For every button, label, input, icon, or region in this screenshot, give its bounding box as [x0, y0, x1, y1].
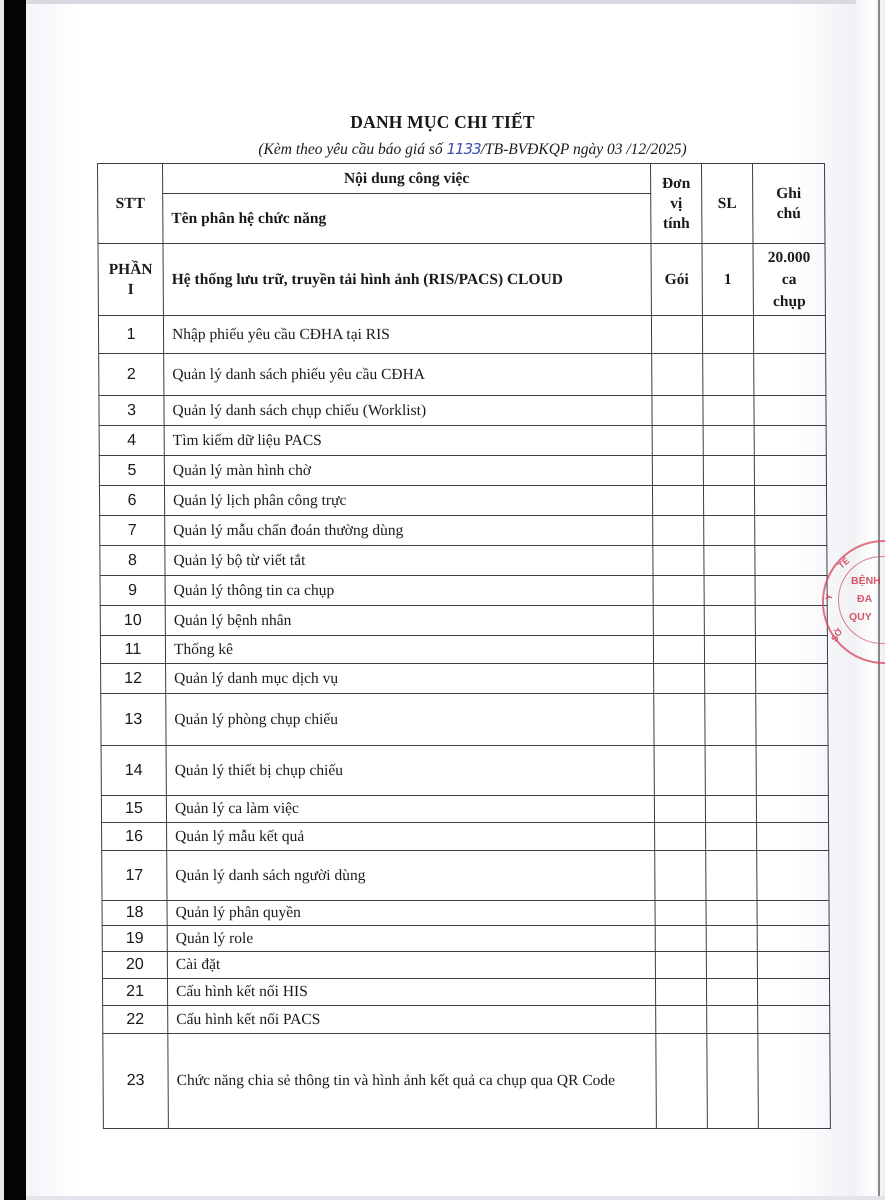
row-stt: 1: [98, 316, 163, 354]
row-unit: [656, 1006, 707, 1034]
row-unit: [655, 979, 706, 1006]
table-row: 10Quản lý bệnh nhân: [100, 606, 827, 636]
row-quantity: [704, 516, 755, 546]
header-note-text: Ghichú: [776, 185, 801, 222]
section-note-text: 20.000cachụp: [768, 249, 811, 310]
row-note: [753, 316, 825, 354]
table-row: 5Quản lý màn hình chờ: [99, 456, 826, 486]
document-subtitle: (Kèm theo yêu cầu báo giá số 1133/TB-BVĐ…: [0, 140, 885, 159]
scan-bottom-shade: [26, 1196, 885, 1200]
row-stt: 14: [101, 746, 166, 796]
section-stt: PHẦNI: [98, 244, 163, 316]
row-note: [755, 516, 827, 546]
row-unit: [652, 426, 703, 456]
row-function-name: Quản lý danh sách phiếu yêu cầu CĐHA: [164, 354, 652, 396]
table-row: 9Quản lý thông tin ca chụp: [100, 576, 827, 606]
row-unit: [654, 664, 705, 694]
row-note: [755, 546, 827, 576]
row-stt: 8: [100, 546, 165, 576]
header-stt: STT: [98, 164, 163, 244]
header-unit-text: Đơnvịtính: [662, 175, 691, 232]
row-stt: 7: [100, 516, 165, 546]
row-unit: [654, 746, 705, 796]
row-note: [757, 952, 829, 979]
row-stt: 20: [102, 952, 167, 979]
row-function-name: Quản lý phòng chụp chiếu: [166, 694, 654, 746]
section-row: PHẦNI Hệ thống lưu trữ, truyền tải hình …: [98, 244, 825, 316]
row-unit: [655, 901, 706, 926]
row-unit: [653, 576, 704, 606]
row-stt: 13: [101, 694, 166, 746]
row-note: [754, 354, 826, 396]
row-note: [754, 456, 826, 486]
scan-top-shade: [26, 0, 885, 4]
row-function-name: Quản lý thông tin ca chụp: [165, 576, 653, 606]
detail-table: STT Nội dung công việc Đơnvịtính SL Ghic…: [97, 163, 831, 1129]
table-row: 17Quản lý danh sách người dùng: [102, 851, 829, 901]
row-unit: [653, 546, 704, 576]
row-note: [758, 1034, 831, 1129]
row-function-name: Quản lý phân quyền: [167, 901, 655, 926]
stamp-line-1: BỆNH: [851, 575, 881, 587]
table-row: 4Tìm kiếm dữ liệu PACS: [99, 426, 826, 456]
stamp-line-2: ĐA: [857, 593, 872, 605]
row-unit: [654, 796, 705, 823]
table-row: 21Cấu hình kết nối HIS: [102, 979, 829, 1006]
row-function-name: Quản lý thiết bị chụp chiếu: [166, 746, 654, 796]
table-row: 7Quản lý mẫu chẩn đoán thường dùng: [100, 516, 827, 546]
subtitle-prefix: (Kèm theo yêu cầu báo giá số: [258, 141, 446, 158]
header-note: Ghichú: [753, 164, 825, 244]
row-quantity: [702, 316, 753, 354]
row-note: [758, 1006, 830, 1034]
row-function-name: Chức năng chia sẻ thông tin và hình ảnh …: [168, 1034, 657, 1129]
row-quantity: [704, 636, 755, 664]
row-stt: 19: [102, 926, 167, 952]
table-row: 23Chức năng chia sẻ thông tin và hình ản…: [103, 1034, 831, 1129]
header-quantity: SL: [702, 164, 753, 244]
row-function-name: Quản lý màn hình chờ: [164, 456, 652, 486]
table-row: 20Cài đặt: [102, 952, 829, 979]
section-quantity: 1: [702, 244, 753, 316]
row-stt: 5: [99, 456, 164, 486]
row-note: [757, 823, 829, 851]
row-note: [756, 694, 828, 746]
row-unit: [654, 694, 705, 746]
row-unit: [651, 316, 702, 354]
row-function-name: Quản lý danh sách chụp chiếu (Worklist): [164, 396, 652, 426]
row-function-name: Cấu hình kết nối PACS: [168, 1006, 656, 1034]
row-quantity: [703, 396, 754, 426]
row-function-name: Cấu hình kết nối HIS: [167, 979, 655, 1006]
row-note: [756, 796, 828, 823]
row-stt: 18: [102, 901, 167, 926]
row-stt: 11: [100, 636, 165, 664]
row-stt: 15: [101, 796, 166, 823]
table-row: 1Nhập phiếu yêu cầu CĐHA tại RIS: [98, 316, 825, 354]
header-unit: Đơnvịtính: [651, 164, 702, 244]
row-stt: 9: [100, 576, 165, 606]
table-row: 15Quản lý ca làm việc: [101, 796, 828, 823]
row-note: [756, 746, 828, 796]
row-stt: 23: [103, 1034, 169, 1129]
row-quantity: [706, 952, 757, 979]
row-quantity: [706, 979, 757, 1006]
row-quantity: [705, 796, 756, 823]
row-note: [754, 486, 826, 516]
table-row: 19Quản lý role: [102, 926, 829, 952]
row-stt: 22: [103, 1006, 168, 1034]
row-note: [757, 979, 829, 1006]
row-stt: 16: [102, 823, 167, 851]
row-function-name: Tìm kiếm dữ liệu PACS: [164, 426, 652, 456]
row-note: [754, 396, 826, 426]
row-quantity: [706, 851, 757, 901]
row-stt: 10: [100, 606, 165, 636]
row-quantity: [705, 746, 756, 796]
row-unit: [655, 926, 706, 952]
row-unit: [653, 516, 704, 546]
row-unit: [653, 606, 704, 636]
row-stt: 2: [99, 354, 164, 396]
row-quantity: [703, 426, 754, 456]
table-row: 6Quản lý lịch phân công trực: [99, 486, 826, 516]
row-function-name: Cài đặt: [167, 952, 655, 979]
row-quantity: [707, 1034, 759, 1129]
row-quantity: [704, 606, 755, 636]
table-row: 14Quản lý thiết bị chụp chiếu: [101, 746, 828, 796]
row-function-name: Quản lý ca làm việc: [166, 796, 654, 823]
row-note: [755, 576, 827, 606]
table-row: 16Quản lý mẫu kết quả: [102, 823, 829, 851]
stamp-line-3: QUY: [849, 611, 872, 623]
row-stt: 21: [102, 979, 167, 1006]
row-quantity: [707, 1006, 758, 1034]
row-unit: [655, 823, 706, 851]
row-unit: [652, 456, 703, 486]
handwritten-number: 1133: [447, 140, 481, 158]
row-unit: [652, 396, 703, 426]
row-note: [754, 426, 826, 456]
table-row: 2Quản lý danh sách phiếu yêu cầu CĐHA: [99, 354, 826, 396]
section-stt-text: PHẦNI: [109, 261, 153, 298]
row-quantity: [704, 576, 755, 606]
row-unit: [655, 952, 706, 979]
row-quantity: [703, 456, 754, 486]
row-function-name: Quản lý bộ từ viết tắt: [165, 546, 653, 576]
section-unit: Gói: [651, 244, 702, 316]
table-row: 11Thống kê: [100, 636, 827, 664]
section-name: Hệ thống lưu trữ, truyền tải hình ảnh (R…: [163, 244, 651, 316]
header-content-group: Nội dung công việc: [163, 164, 651, 194]
row-function-name: Thống kê: [165, 636, 653, 664]
row-note: [755, 606, 827, 636]
row-stt: 17: [102, 851, 167, 901]
row-note: [755, 636, 827, 664]
row-function-name: Quản lý mẫu kết quả: [167, 823, 655, 851]
header-function-name: Tên phân hệ chức năng: [163, 194, 651, 244]
row-unit: [655, 851, 706, 901]
row-quantity: [706, 823, 757, 851]
row-unit: [652, 354, 703, 396]
row-stt: 3: [99, 396, 164, 426]
table-row: 13Quản lý phòng chụp chiếu: [101, 694, 828, 746]
row-function-name: Quản lý bệnh nhân: [165, 606, 653, 636]
row-note: [756, 664, 828, 694]
row-function-name: Quản lý danh sách người dùng: [167, 851, 655, 901]
section-note: 20.000cachụp: [753, 244, 825, 316]
row-note: [757, 851, 829, 901]
row-unit: [656, 1034, 708, 1129]
row-note: [757, 926, 829, 952]
table-row: 22Cấu hình kết nối PACS: [103, 1006, 830, 1034]
row-quantity: [703, 486, 754, 516]
table-row: 3Quản lý danh sách chụp chiếu (Worklist): [99, 396, 826, 426]
row-function-name: Quản lý lịch phân công trực: [164, 486, 652, 516]
subtitle-suffix: /TB-BVĐKQP ngày 03 /12/2025): [481, 141, 687, 158]
row-function-name: Nhập phiếu yêu cầu CĐHA tại RIS: [163, 316, 651, 354]
row-quantity: [703, 354, 754, 396]
row-note: [757, 901, 829, 926]
row-quantity: [704, 546, 755, 576]
row-unit: [653, 636, 704, 664]
row-function-name: Quản lý mẫu chẩn đoán thường dùng: [165, 516, 653, 546]
row-quantity: [705, 664, 756, 694]
row-function-name: Quản lý danh mục dịch vụ: [166, 664, 654, 694]
row-stt: 6: [99, 486, 164, 516]
row-function-name: Quản lý role: [167, 926, 655, 952]
row-stt: 12: [101, 664, 166, 694]
table-row: 12Quản lý danh mục dịch vụ: [101, 664, 828, 694]
row-quantity: [705, 694, 756, 746]
table-row: 18Quản lý phân quyền: [102, 901, 829, 926]
header-row-1: STT Nội dung công việc Đơnvịtính SL Ghic…: [98, 164, 825, 194]
row-stt: 4: [99, 426, 164, 456]
document-title: DANH MỤC CHI TIẾT: [0, 112, 885, 133]
row-unit: [652, 486, 703, 516]
scan-binding-strip: [4, 0, 26, 1200]
table-row: 8Quản lý bộ từ viết tắt: [100, 546, 827, 576]
row-quantity: [706, 901, 757, 926]
row-quantity: [706, 926, 757, 952]
